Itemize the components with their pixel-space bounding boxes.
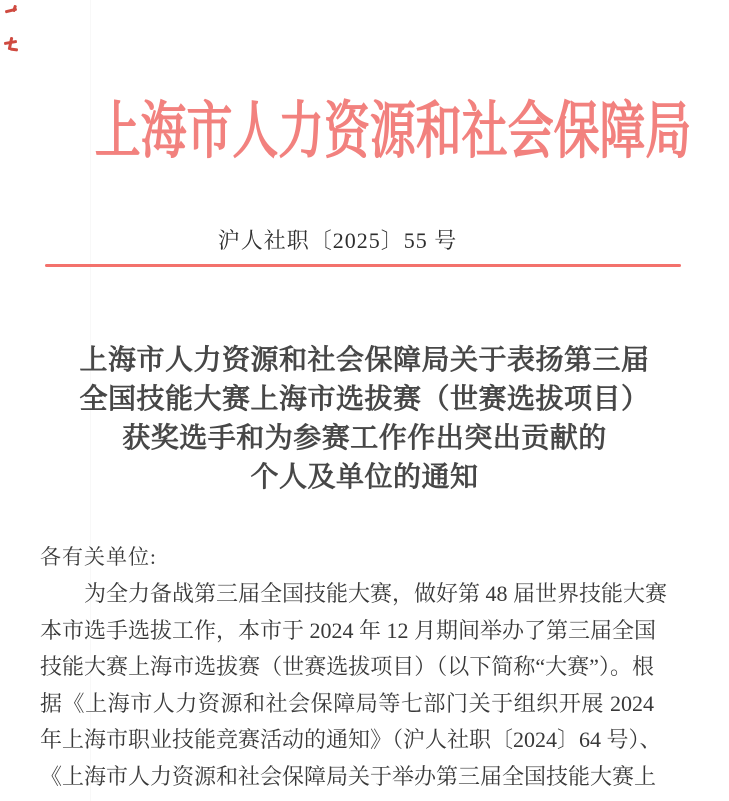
- body-line: 年上海市职业技能竞赛活动的通知》（沪人社职〔2024〕64 号）、: [40, 722, 654, 759]
- salutation: 各有关单位:: [40, 541, 157, 571]
- red-header-rule: [45, 264, 681, 267]
- body-paragraph: 为全力备战第三届全国技能大赛，做好第 48 届世界技能大赛 本市选手选拔工作，本…: [40, 576, 654, 795]
- document-title: 上海市人力资源和社会保障局关于表扬第三届 全国技能大赛上海市选拔赛（世赛选拔项目…: [0, 341, 729, 497]
- scan-artifact-icon: [4, 37, 20, 52]
- document-number: 沪人社职〔2025〕55 号: [0, 224, 702, 255]
- document-title-line: 个人及单位的通知: [0, 458, 729, 497]
- document-title-line: 上海市人力资源和社会保障局关于表扬第三届: [0, 341, 729, 380]
- body-line: 据《上海市人力资源和社会保障局等七部门关于组织开展 2024: [40, 686, 654, 723]
- body-line: 本市选手选拔工作，本市于 2024 年 12 月期间举办了第三届全国: [40, 613, 654, 650]
- document-title-line: 全国技能大赛上海市选拔赛（世赛选拔项目）: [0, 380, 729, 419]
- scan-artifact-icon: [5, 4, 19, 16]
- document-page: 上海市人力资源和社会保障局 沪人社职〔2025〕55 号 上海市人力资源和社会保…: [0, 0, 729, 801]
- body-line: 为全力备战第三届全国技能大赛，做好第 48 届世界技能大赛: [40, 576, 654, 613]
- letterhead-agency-title: 上海市人力资源和社会保障局: [95, 96, 634, 168]
- body-line: 技能大赛上海市选拔赛（世赛选拔项目）（以下简称“大赛”）。根: [40, 649, 654, 686]
- document-title-line: 获奖选手和为参赛工作作出突出贡献的: [0, 419, 729, 458]
- body-line: 《上海市人力资源和社会保障局关于举办第三届全国技能大赛上: [40, 759, 654, 796]
